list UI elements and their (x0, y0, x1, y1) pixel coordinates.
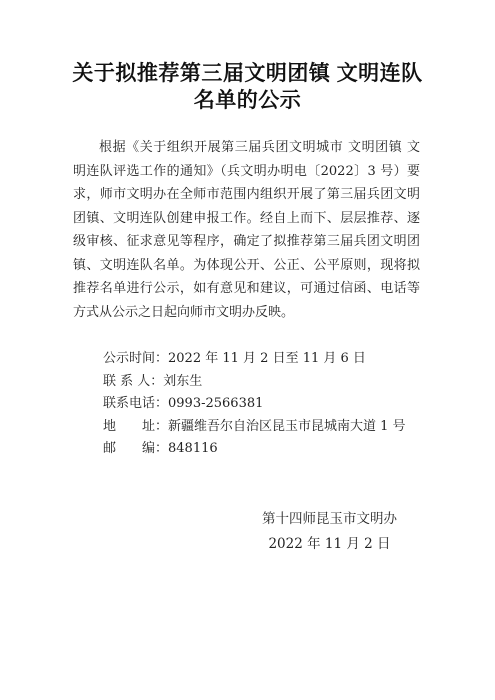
body-paragraph: 根据《关于组织开展第三届兵团文明城市 文明团镇 文 明连队评选工作的通知》（兵文… (73, 136, 420, 324)
contact-value: 2022 年 11 月 2 日至 11 月 6 日 (168, 351, 366, 366)
contact-row: 地 址：新疆维吾尔自治区昆玉市昆城南大道 1 号 (103, 416, 435, 439)
contact-row: 公示时间：2022 年 11 月 2 日至 11 月 6 日 (103, 348, 435, 371)
body-line: 级审核、征求意见等程序，确定了拟推荐第三届兵团文明团 (73, 230, 420, 254)
contact-row: 联 系 人：刘东生 (103, 371, 435, 394)
contact-label: 联 系 人： (103, 374, 163, 389)
contact-label: 地 址： (103, 419, 168, 434)
signature-org: 第十四师昆玉市文明办 (262, 507, 397, 532)
body-line: 根据《关于组织开展第三届兵团文明城市 文明团镇 文 (73, 136, 420, 160)
contact-label: 邮 编： (103, 441, 168, 456)
document-title: 关于拟推荐第三届文明团镇 文明连队 名单的公示 (0, 0, 495, 114)
body-line: 求，师市文明办在全师市范围内组织开展了第三届兵团文明 (73, 183, 420, 207)
body-line: 方式从公示之日起向师市文明办反映。 (73, 301, 420, 325)
signature-block: 第十四师昆玉市文明办 2022 年 11 月 2 日 (262, 507, 397, 557)
contact-block: 公示时间：2022 年 11 月 2 日至 11 月 6 日 联 系 人：刘东生… (103, 348, 435, 461)
body-line: 明连队评选工作的通知》（兵文明办明电〔2022〕3 号）要 (73, 160, 420, 184)
title-line-2: 名单的公示 (0, 87, 495, 114)
contact-value: 848116 (168, 441, 218, 456)
body-line: 团镇、文明连队创建申报工作。经自上而下、层层推荐、逐 (73, 207, 420, 231)
body-line: 镇、文明连队名单。为体现公开、公正、公平原则，现将拟 (73, 254, 420, 278)
signature-date: 2022 年 11 月 2 日 (262, 532, 397, 557)
contact-label: 联系电话： (103, 396, 168, 411)
title-line-1: 关于拟推荐第三届文明团镇 文明连队 (0, 60, 495, 87)
body-line: 推荐名单进行公示，如有意见和建议，可通过信函、电话等 (73, 277, 420, 301)
document-page: 关于拟推荐第三届文明团镇 文明连队 名单的公示 根据《关于组织开展第三届兵团文明… (0, 0, 495, 700)
contact-row: 邮 编：848116 (103, 438, 435, 461)
contact-label: 公示时间： (103, 351, 168, 366)
contact-value: 刘东生 (163, 374, 202, 389)
contact-value: 新疆维吾尔自治区昆玉市昆城南大道 1 号 (168, 419, 406, 434)
contact-row: 联系电话：0993-2566381 (103, 393, 435, 416)
contact-value: 0993-2566381 (168, 396, 263, 411)
